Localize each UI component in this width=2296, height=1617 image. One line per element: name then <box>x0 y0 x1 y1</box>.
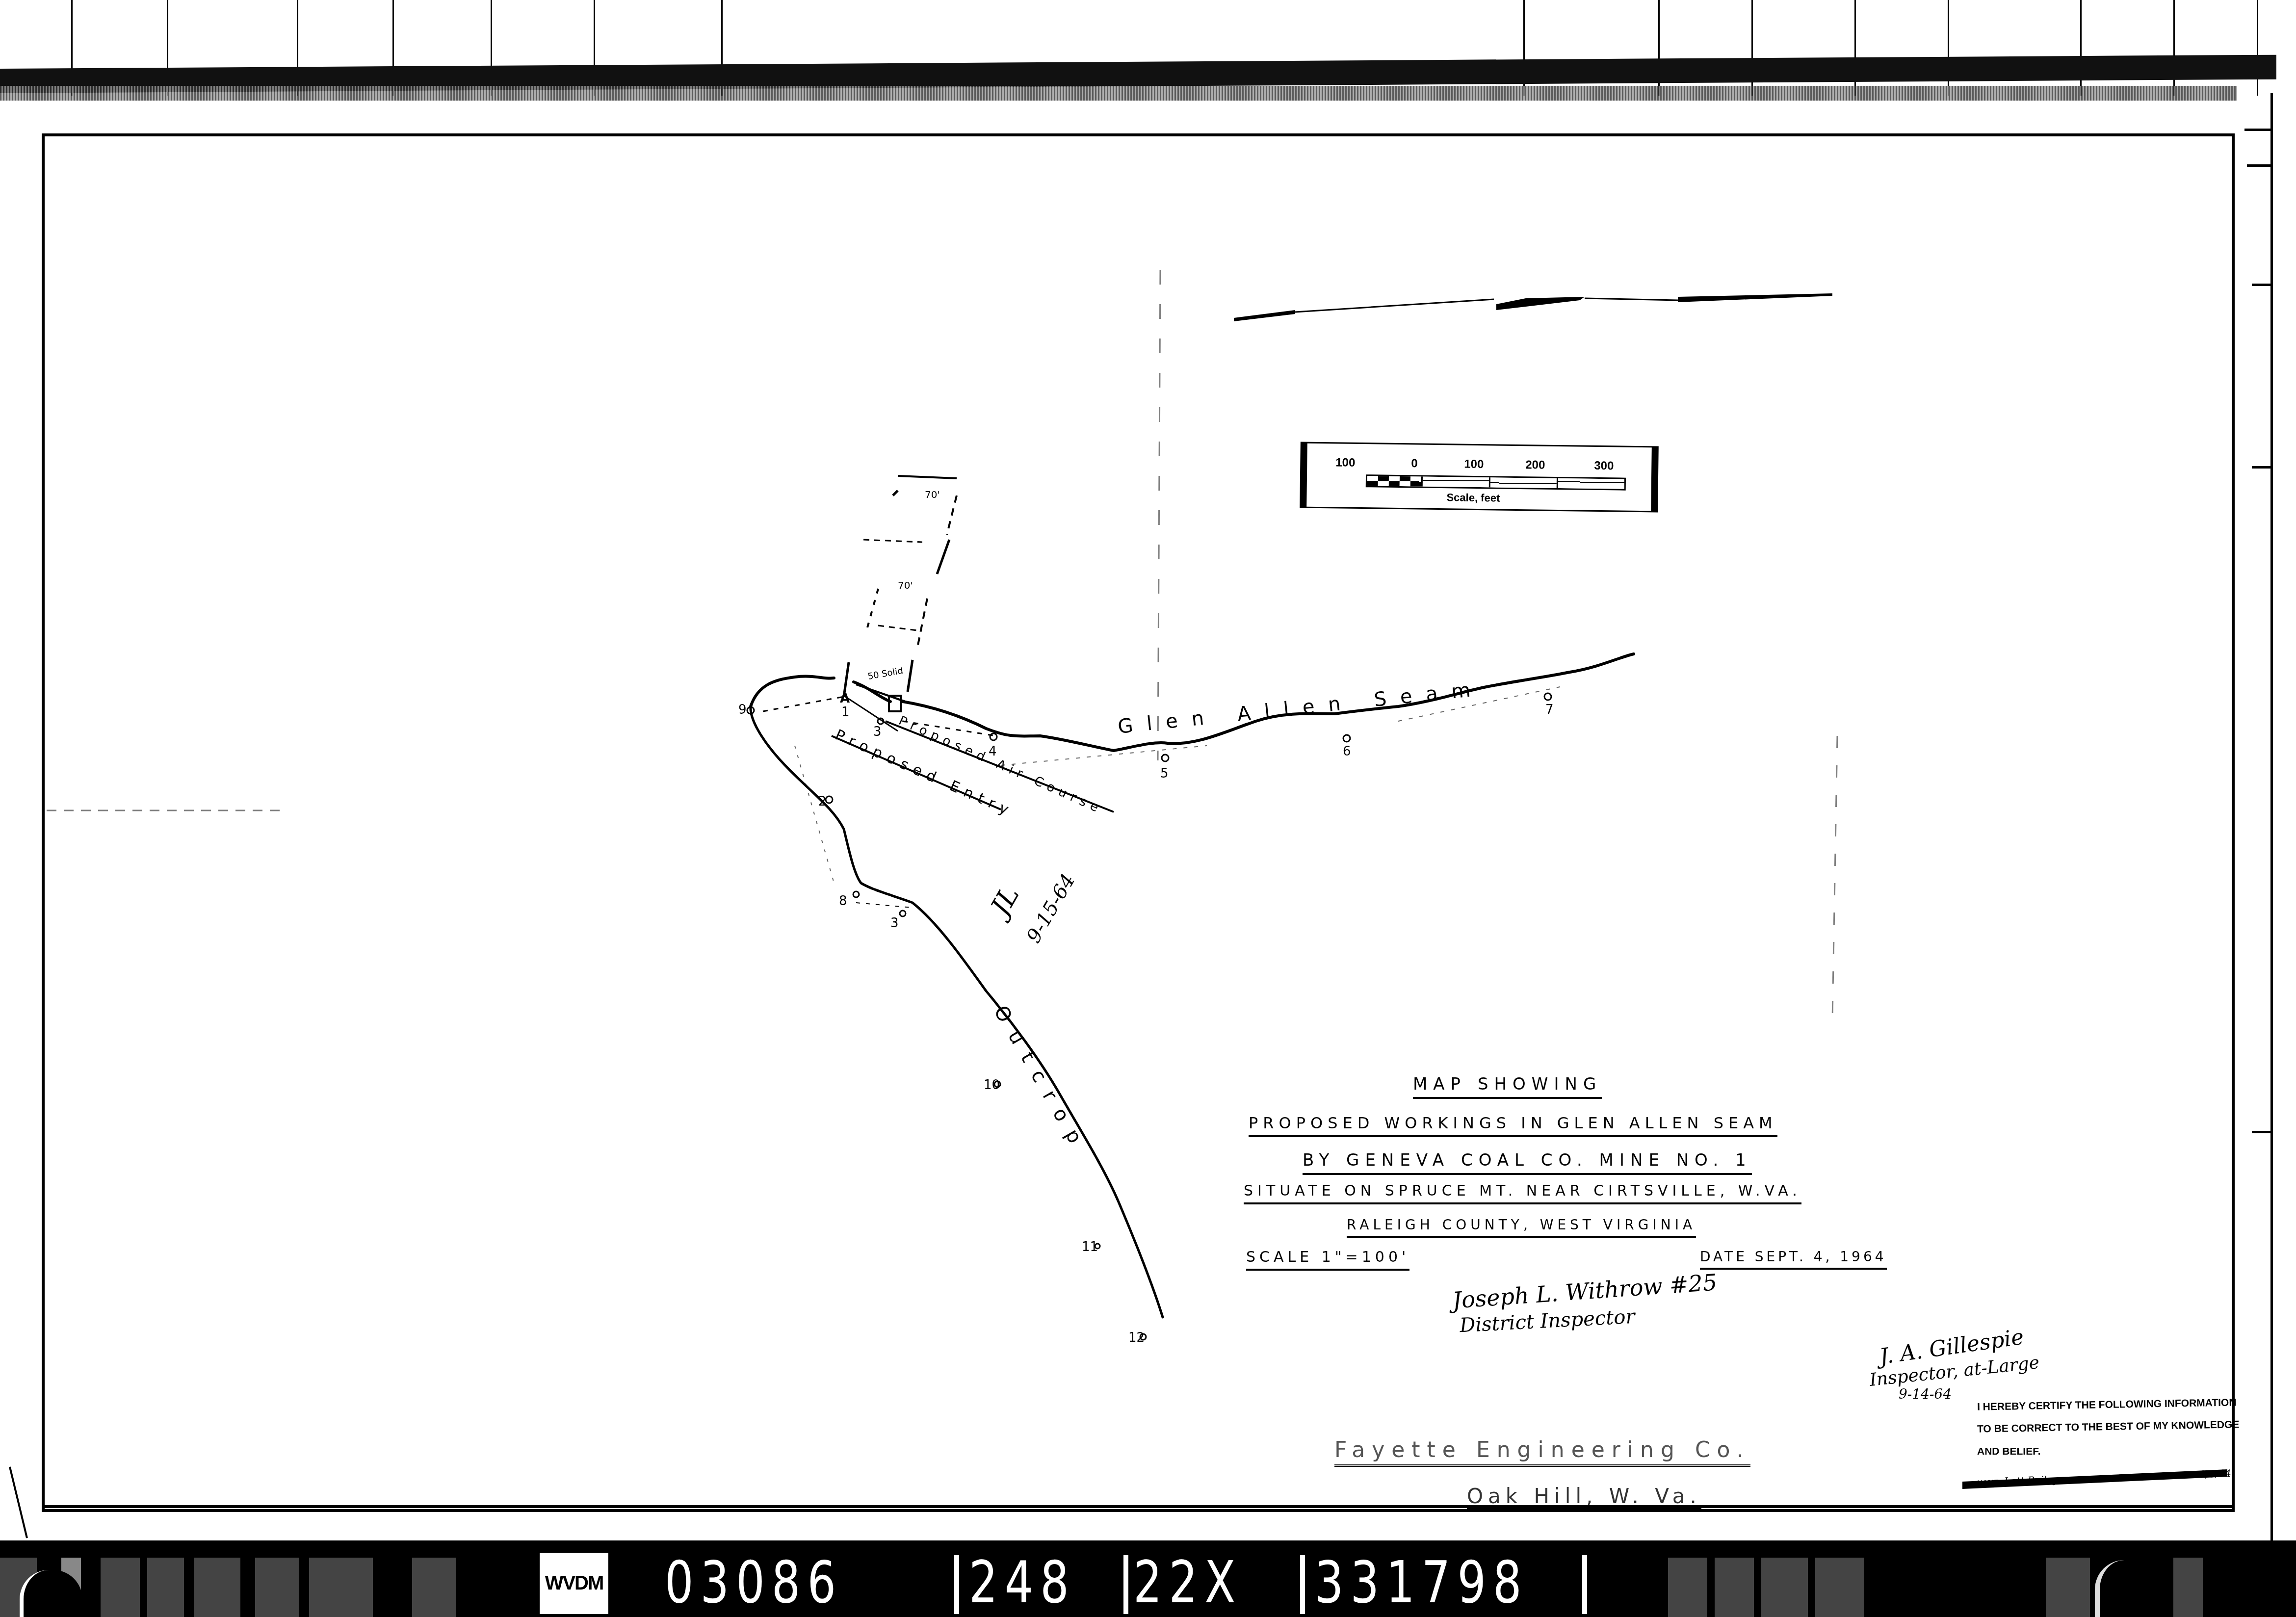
svg-text:A: A <box>840 691 850 706</box>
film-separator <box>1582 1555 1587 1614</box>
film-separator <box>954 1555 959 1614</box>
title-line-2: Proposed Workings in Glen Allen Seam <box>1249 1114 1777 1137</box>
scale-tick-label: 0 <box>1411 457 1418 470</box>
film-document-id: 331798 <box>1315 1550 1529 1614</box>
svg-text:7: 7 <box>1545 703 1554 717</box>
north-arrow-icon <box>1234 293 1832 321</box>
title-line-4: Situate on Spruce Mt. near Cirtsville, W… <box>1244 1182 1801 1204</box>
scale-bar-graphic <box>1366 474 1626 490</box>
svg-text:8: 8 <box>839 894 847 909</box>
scale-tick-label: 200 <box>1525 458 1545 472</box>
second-inspector-date: 9-14-64 <box>1899 1386 1952 1402</box>
scale-tick-label: 300 <box>1594 459 1614 473</box>
svg-text:Proposed Entry: Proposed Entry <box>833 726 1017 821</box>
svg-text:2: 2 <box>818 794 827 809</box>
svg-text:12: 12 <box>1128 1330 1145 1345</box>
scale-tick-label: 100 <box>1335 456 1355 469</box>
svg-text:Outcrop: Outcrop <box>989 1002 1093 1158</box>
title-line-1: Map Showing <box>1413 1074 1602 1099</box>
scale-tick-label: 100 <box>1464 458 1484 471</box>
scale-label: Scale, feet <box>1446 491 1500 504</box>
edge-tick <box>2247 164 2271 167</box>
svg-text:1: 1 <box>841 705 850 720</box>
svg-text:70': 70' <box>898 579 913 591</box>
film-roll-number: 03086 <box>665 1550 843 1614</box>
svg-text:50 Solid: 50 Solid <box>867 666 904 682</box>
title-line-3: By Geneva Coal Co. Mine No. 1 <box>1303 1150 1752 1175</box>
edge-tick <box>2252 284 2271 286</box>
cert-name-value: Lett Bailey <box>2004 1473 2059 1487</box>
svg-text:Glen Allen Seam: Glen Allen Seam <box>1117 678 1485 738</box>
svg-text:9: 9 <box>738 703 747 717</box>
svg-text:6: 6 <box>1343 744 1351 759</box>
film-frame-number: 248 <box>969 1550 1076 1614</box>
cert-line-3: AND BELIEF. <box>1977 1446 2041 1458</box>
cert-date-value: 9/8/64 <box>2199 1467 2231 1480</box>
film-hole <box>2095 1560 2159 1617</box>
edge-tick <box>2252 466 2271 469</box>
sheet-bottom-rule <box>44 1505 2232 1508</box>
edge-tick <box>2244 129 2271 131</box>
engineering-firm-name: Fayette Engineering Co. <box>1334 1437 1750 1467</box>
svg-text:9-15-64: 9-15-64 <box>1022 870 1080 947</box>
title-line-5: Raleigh County, West Virginia <box>1347 1217 1696 1238</box>
map-date-text: Date Sept. 4, 1964 <box>1700 1249 1887 1270</box>
svg-text:10: 10 <box>984 1078 1000 1093</box>
cert-date-label: DATE: <box>2174 1471 2196 1481</box>
right-edge-line <box>2270 93 2273 1540</box>
edge-tick <box>2252 1131 2271 1133</box>
svg-text:3: 3 <box>890 916 899 931</box>
film-separator <box>1123 1555 1128 1614</box>
film-agency-label: WVDM <box>540 1553 608 1614</box>
map-scale-text: Scale 1"=100' <box>1246 1249 1409 1271</box>
cert-registration-value: 1755 <box>2149 1471 2172 1482</box>
film-separator <box>1300 1555 1305 1614</box>
svg-text:70': 70' <box>925 489 940 500</box>
scale-bar-box: 100 0 100 200 300 Scale, feet <box>1300 442 1659 513</box>
svg-text:5: 5 <box>1160 766 1169 781</box>
svg-text:11: 11 <box>1082 1240 1098 1254</box>
svg-text:JL: JL <box>982 881 1025 925</box>
svg-text:3: 3 <box>873 725 882 739</box>
cert-name-label: NAME: <box>1977 1478 2002 1487</box>
film-reduction: 22X <box>1133 1550 1242 1614</box>
